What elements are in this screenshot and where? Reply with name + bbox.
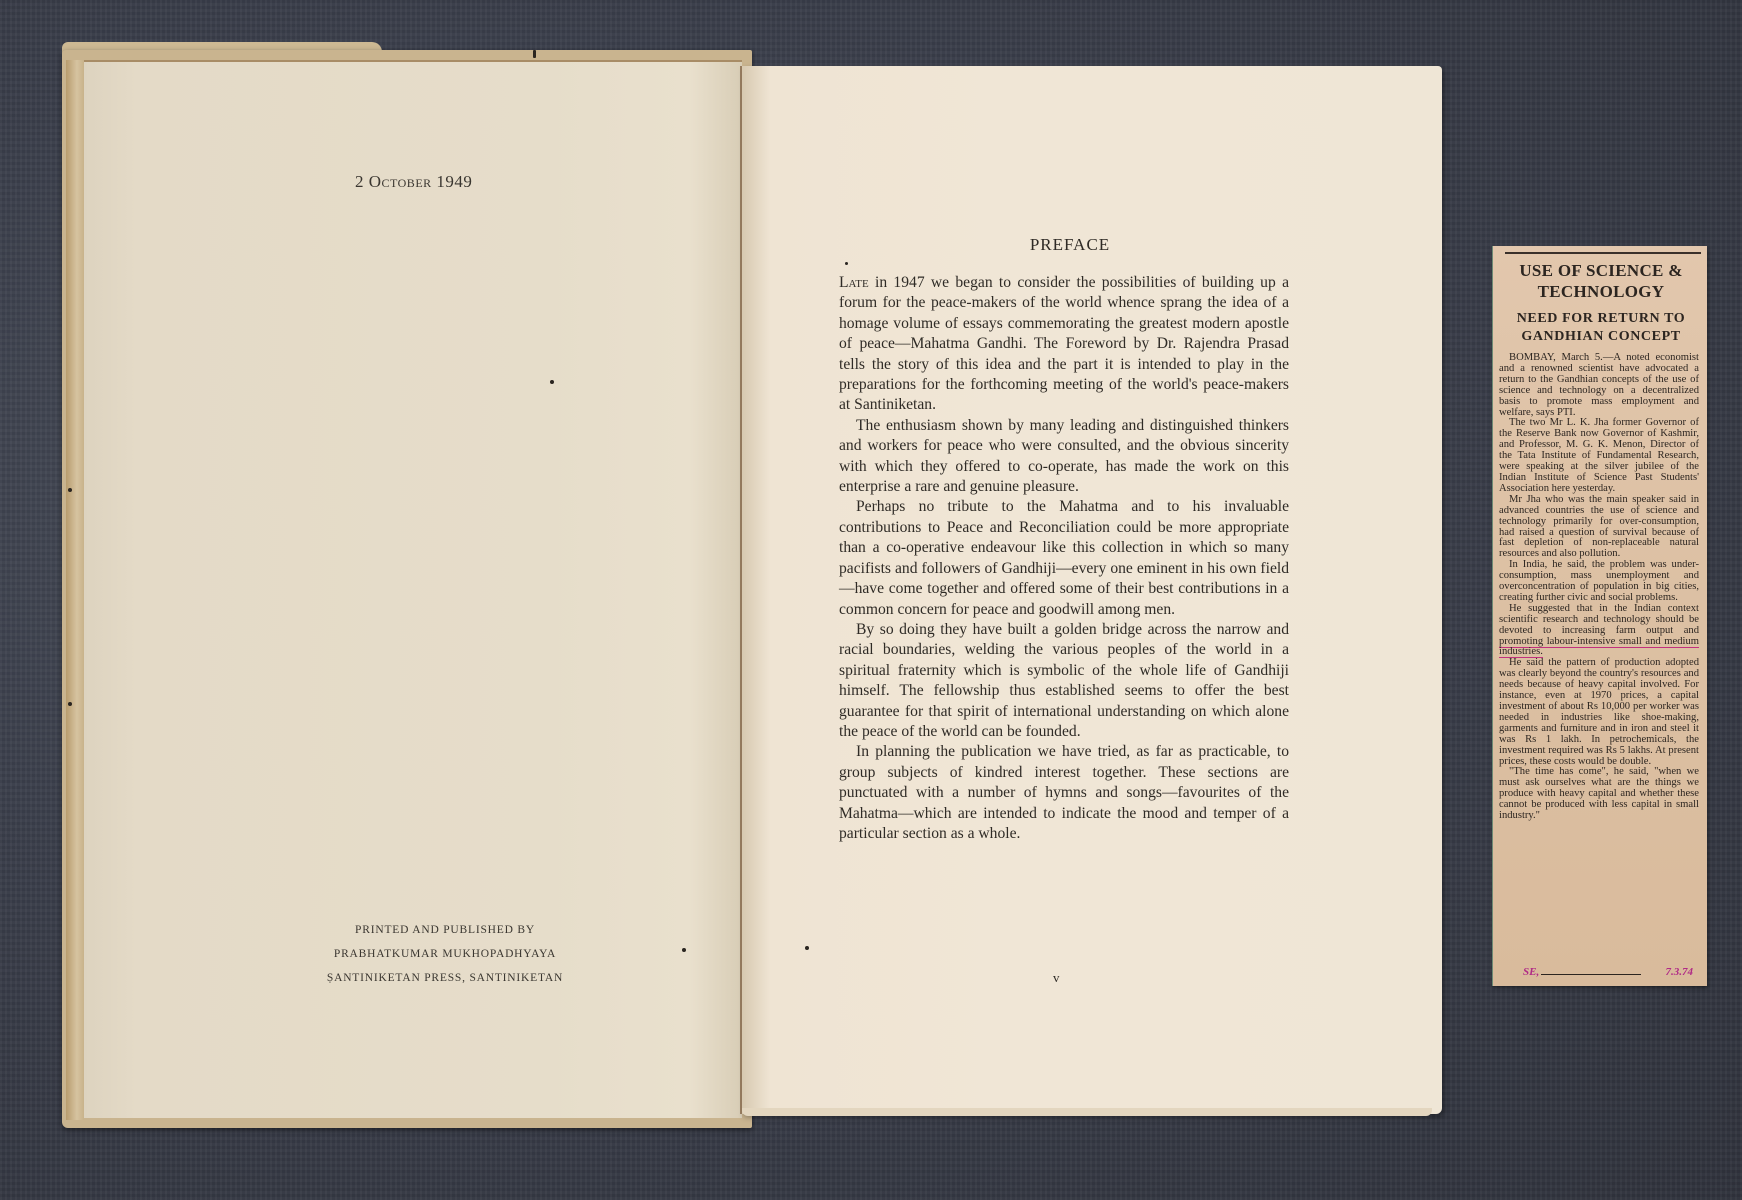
clipping-body: BOMBAY, March 5.—A noted economist and a…: [1499, 353, 1699, 822]
ink-dot: [805, 946, 809, 950]
clipping-annotation: SE, 7.3.74: [1523, 966, 1693, 980]
page-stack-edge: [742, 1108, 1432, 1116]
clipping-top-rule: [1505, 252, 1701, 254]
handwritten-code: SE,: [1523, 966, 1539, 978]
imprint-line: PRINTED AND PUBLISHED BY: [300, 918, 590, 942]
preface-paragraph: The enthusiasm shown by many leading and…: [839, 416, 1289, 498]
handwritten-date: 7.3.74: [1666, 966, 1694, 978]
clipping-paragraph: The two Mr L. K. Jha former Governor of …: [1499, 418, 1699, 494]
lead-word: Late: [839, 274, 869, 291]
clipping-paragraph: BOMBAY, March 5.—A noted economist and a…: [1499, 353, 1699, 418]
ink-dot: [68, 488, 72, 492]
imprint-block: PRINTED AND PUBLISHED BY PRABHATKUMAR MU…: [300, 918, 590, 990]
clipping-paragraph: He said the pattern of production adopte…: [1499, 658, 1699, 767]
ink-dot: [68, 702, 72, 706]
ink-dot: [845, 262, 848, 265]
dedication-date: 2 October 1949: [355, 172, 472, 192]
preface-paragraph: In planning the publication we have trie…: [839, 742, 1289, 844]
clipping-paragraph: He suggested that in the Indian context …: [1499, 604, 1699, 659]
signature-line: [1541, 974, 1641, 975]
preface-paragraph: By so doing they have built a golden bri…: [839, 620, 1289, 742]
preface-title: PREFACE: [840, 235, 1300, 255]
preface-paragraph: Perhaps no tribute to the Mahatma and to…: [839, 497, 1289, 619]
clipping-paragraph: "The time has come", he said, "when we m…: [1499, 767, 1699, 822]
newspaper-clipping: USE OF SCIENCE & TECHNOLOGY NEED FOR RET…: [1492, 246, 1707, 986]
ink-dot: [550, 380, 554, 384]
clipping-paragraph: In India, he said, the problem was under…: [1499, 560, 1699, 604]
clipping-paragraph: Mr Jha who was the main speaker said in …: [1499, 495, 1699, 560]
imprint-line: ṢANTINIKETAN PRESS, SANTINIKETAN: [300, 966, 590, 990]
preface-body: Late in 1947 we began to consider the po…: [839, 273, 1289, 844]
underlined-passage: promoting labour-intensive small and med…: [1499, 636, 1699, 659]
ink-mark: [533, 50, 536, 58]
preface-paragraph: Late in 1947 we began to consider the po…: [839, 273, 1289, 416]
ink-dot: [682, 948, 686, 952]
clipping-headline: USE OF SCIENCE & TECHNOLOGY: [1501, 260, 1701, 302]
book-gutter: [740, 66, 742, 1114]
book-page-edges: [66, 60, 84, 1120]
clipping-subheadline: NEED FOR RETURN TO GANDHIAN CONCEPT: [1501, 310, 1701, 346]
imprint-line: PRABHATKUMAR MUKHOPADHYAYA: [300, 942, 590, 966]
page-number: v: [1053, 970, 1060, 986]
